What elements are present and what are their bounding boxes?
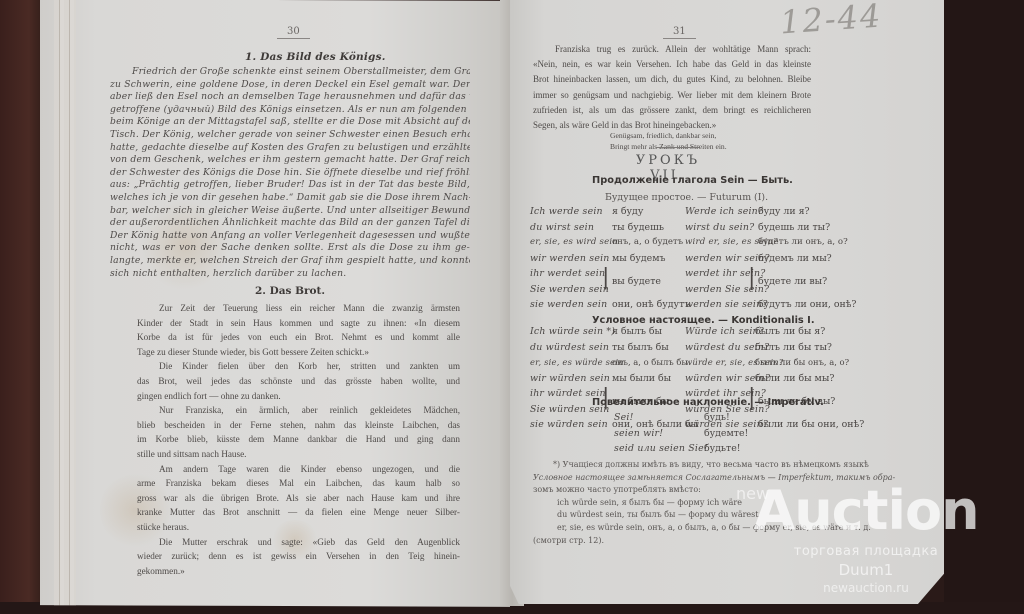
watermark-seller: Duum1 xyxy=(736,561,996,579)
russian-question: будешь ли ты? xyxy=(758,220,830,236)
text-line: kranke Mutter das Brot anschnitt — da fi… xyxy=(137,505,460,520)
german-form: seien wir! xyxy=(614,426,663,442)
text-line: Brot hineinbacken lassen, um dich, du gu… xyxy=(533,72,811,87)
text-line: wieder zurück; denn es ist gewiss ein Ve… xyxy=(137,549,460,564)
text-line: aus: „Prächtig getroffen, lieber Bruder!… xyxy=(110,179,470,192)
russian-form: я былъ бы xyxy=(612,324,662,340)
table-row: er, sie, es wird sein онъ, а, о будетъ w… xyxy=(530,235,830,251)
russian-form: мы были бы xyxy=(612,371,671,387)
table-row: wir würden sein мы были бы würden wir se… xyxy=(530,371,840,387)
table-row: Sei! будь! xyxy=(614,410,814,426)
text-line: Kinder der Stadt in sein Haus kommen und… xyxy=(137,316,460,331)
text-line: bar, welcher sich in gleicher Weise äuße… xyxy=(110,205,470,218)
page-number-left: 30 xyxy=(277,26,310,39)
section-title-bild: 1. Das Bild des Königs. xyxy=(245,51,386,63)
section-title-brot: 2. Das Brot. xyxy=(255,285,325,297)
text-line: von dem Geschenk, welches er ihm gestern… xyxy=(110,154,470,167)
proverb: Genügsam, friedlich, dankbar sein, Bring… xyxy=(610,131,810,152)
russian-question: буду ли я? xyxy=(758,204,810,220)
german-form: Sie werden sein xyxy=(530,282,609,298)
text-line: Am andern Tage waren die Kinder ebenso u… xyxy=(137,462,460,477)
russian-question: былъ ли бы я? xyxy=(755,324,825,340)
table-row: er, sie, es würde sein онъ, а, о былъ бы… xyxy=(530,355,840,371)
section-text-bild: Friedrich der Große schenkte einst seine… xyxy=(110,66,470,280)
footnote-line: *) Учащiеся должны имѣть въ виду, что ве… xyxy=(533,459,843,472)
proverb-line: Genügsam, friedlich, dankbar sein, xyxy=(610,131,810,142)
text-line: stille und sittsam nach Hause. xyxy=(137,447,460,462)
russian-question: будемъ ли мы? xyxy=(758,251,832,267)
text-line: Der König hatte von Anfang an voller Ver… xyxy=(110,230,470,243)
text-line: langte, merkte er, welchen Streich der G… xyxy=(110,255,470,268)
text-line: Tage zu dieser Stunde wieder, bis Gott b… xyxy=(137,345,460,360)
watermark-url: newauction.ru xyxy=(736,581,996,595)
text-line: beim Könige an der Mittagstafel saß, ste… xyxy=(110,116,470,129)
russian-form: будь! xyxy=(704,410,730,426)
section-text-brot: Zur Zeit der Teuerung liess ein reicher … xyxy=(137,301,460,578)
german-form: Ich werde sein xyxy=(530,204,603,220)
russian-form: онъ, а, о былъ бы xyxy=(612,355,688,371)
watermark-prefix: new xyxy=(736,484,769,503)
text-line: gingen endlich fort — ohne zu danken. xyxy=(137,389,460,404)
page-number-right: 31 xyxy=(663,26,696,39)
story-continuation: Franziska trug es zurück. Allein der woh… xyxy=(533,42,811,133)
text-line: Tisch. Der König, welcher gerade von sei… xyxy=(110,129,470,142)
lesson-subtitle: Продолженіе глагола Sein — Быть. xyxy=(592,175,793,186)
text-line: Die Mutter erschrak und sagte: «Gieb das… xyxy=(137,535,460,550)
watermark-tagline: торговая площадка xyxy=(736,544,996,559)
german-form: wir würden sein xyxy=(530,371,610,387)
text-line: der außerordentlichen Ähnlichkeit machte… xyxy=(110,217,470,230)
german-form: wir werden sein xyxy=(530,251,610,267)
russian-question: былъ ли бы ты? xyxy=(755,340,832,356)
table-row: seid или seien Sie! будьте! xyxy=(614,441,814,457)
text-line: «Nein, nein, es war kein Versehen. Ich h… xyxy=(533,57,811,72)
page-edges xyxy=(54,0,76,605)
text-line: gekommen.» xyxy=(137,564,460,579)
german-form: du würdest sein xyxy=(530,340,609,356)
text-line: das Brot, weil jedes das schönste und da… xyxy=(137,374,460,389)
german-question: Würde ich sein? xyxy=(685,324,764,340)
text-line: hatte, gedachte dieselbe auf Kosten des … xyxy=(110,142,470,155)
german-form: Sei! xyxy=(614,410,634,426)
text-line: Zur Zeit der Teuerung liess ein reicher … xyxy=(137,301,460,316)
text-line: arme Franziska bekam dieses Mal ein Laib… xyxy=(137,476,460,491)
handwritten-note: 12-44 xyxy=(779,0,884,42)
text-line: Korbe da ist für jedes von euch ein Brot… xyxy=(137,330,460,345)
table-row: wir werden sein мы будемъ werden wir sei… xyxy=(530,251,830,267)
text-line: Nur Franziska, ein ärmlich, aber reinlic… xyxy=(137,403,460,418)
german-question: werden Sie sein? xyxy=(685,282,769,298)
table-row: du würdest sein ты былъ бы würdest du se… xyxy=(530,340,840,356)
text-line: stücke heraus. xyxy=(137,520,460,535)
german-question: wirst du sein? xyxy=(685,220,754,236)
russian-form: ты будешь xyxy=(612,220,664,236)
text-line: gross war als die übrigen Brote. Als sie… xyxy=(137,491,460,506)
imperative-table: Sei! будь! seien wir! будемте! seid или … xyxy=(614,410,814,457)
table-row: Ich würde sein *) я былъ бы Würde ich se… xyxy=(530,324,840,340)
german-form: seid или seien Sie! xyxy=(614,441,708,457)
russian-question: будетъ ли онъ, а, о? xyxy=(758,235,848,251)
german-question: Werde ich sein? xyxy=(685,204,763,220)
russian-form: онъ, а, о будетъ xyxy=(612,235,683,251)
watermark-brand: Auction xyxy=(736,480,996,542)
text-line: Friedrich der Große schenkte einst seine… xyxy=(110,66,470,79)
text-line: Die Kinder fielen über den Korb her, str… xyxy=(137,359,460,374)
divider xyxy=(657,147,699,148)
table-row: seien wir! будемте! xyxy=(614,426,814,442)
imperative-heading: Повелительное наклоненіе. — Imperativ. xyxy=(592,397,824,408)
text-line: Franziska trug es zurück. Allein der woh… xyxy=(533,42,811,57)
german-form: sie würden sein xyxy=(530,417,608,433)
table-row: ihr werdet sein вы будете werdet ihr sei… xyxy=(530,266,830,282)
text-line: sich nicht enthalten, herzlich darüber z… xyxy=(110,268,470,281)
text-line: im Korbe blieb, küsste dem Manne dankbar… xyxy=(137,432,460,447)
german-form: er, sie, es würde sein xyxy=(530,355,624,371)
text-line: aber ließ den Esel noch an demselben Tag… xyxy=(110,91,470,104)
russian-question: былъ ли бы онъ, а, о? xyxy=(755,355,849,371)
text-line: der Schwester des Königs die Dose hin. S… xyxy=(110,167,470,180)
future-conjugation-table: Ich werde sein я буду Werde ich sein? бу… xyxy=(530,204,830,313)
text-line: immer so genügsam und nachgiebig. Wer li… xyxy=(533,88,811,103)
auction-watermark: new Auction торговая площадка Duum1 newa… xyxy=(736,480,996,595)
text-line: zu Schwerin, eine goldene Dose, in deren… xyxy=(110,79,470,92)
table-row: Ich werde sein я буду Werde ich sein? бу… xyxy=(530,204,830,220)
brace: | xyxy=(602,267,609,289)
text-line: getroffene (удачный) Bild des Königs ein… xyxy=(110,104,470,117)
russian-form: будьте! xyxy=(704,441,741,457)
table-row: Sie werden sein werden Sie sein? xyxy=(530,282,830,298)
future-heading: Будущее простое. — Futurum (I). xyxy=(605,192,768,203)
text-line: welches ich je von dir gesehen habe.“ Da… xyxy=(110,192,470,205)
table-row: du wirst sein ты будешь wirst du sein? б… xyxy=(530,220,830,236)
text-line: blieb bescheiden in der Ferne stehen, na… xyxy=(137,418,460,433)
german-form: Ich würde sein *) xyxy=(530,324,615,340)
russian-form: мы будемъ xyxy=(612,251,665,267)
german-form: ihr werdet sein xyxy=(530,266,605,282)
russian-form: ты былъ бы xyxy=(612,340,669,356)
german-form: du wirst sein xyxy=(530,220,594,236)
brace: | xyxy=(748,267,755,289)
russian-question: были ли бы мы? xyxy=(755,371,834,387)
text-line: nicht, was er von der Sache denken sollt… xyxy=(110,242,470,255)
russian-form: я буду xyxy=(612,204,643,220)
german-form: er, sie, es wird sein xyxy=(530,235,618,251)
text-line: zufrieden ist, als um das grössere zankt… xyxy=(533,103,811,118)
proverb-line: Bringt mehr als Zank und Streiten ein. xyxy=(610,142,810,153)
russian-form: будемте! xyxy=(704,426,748,442)
